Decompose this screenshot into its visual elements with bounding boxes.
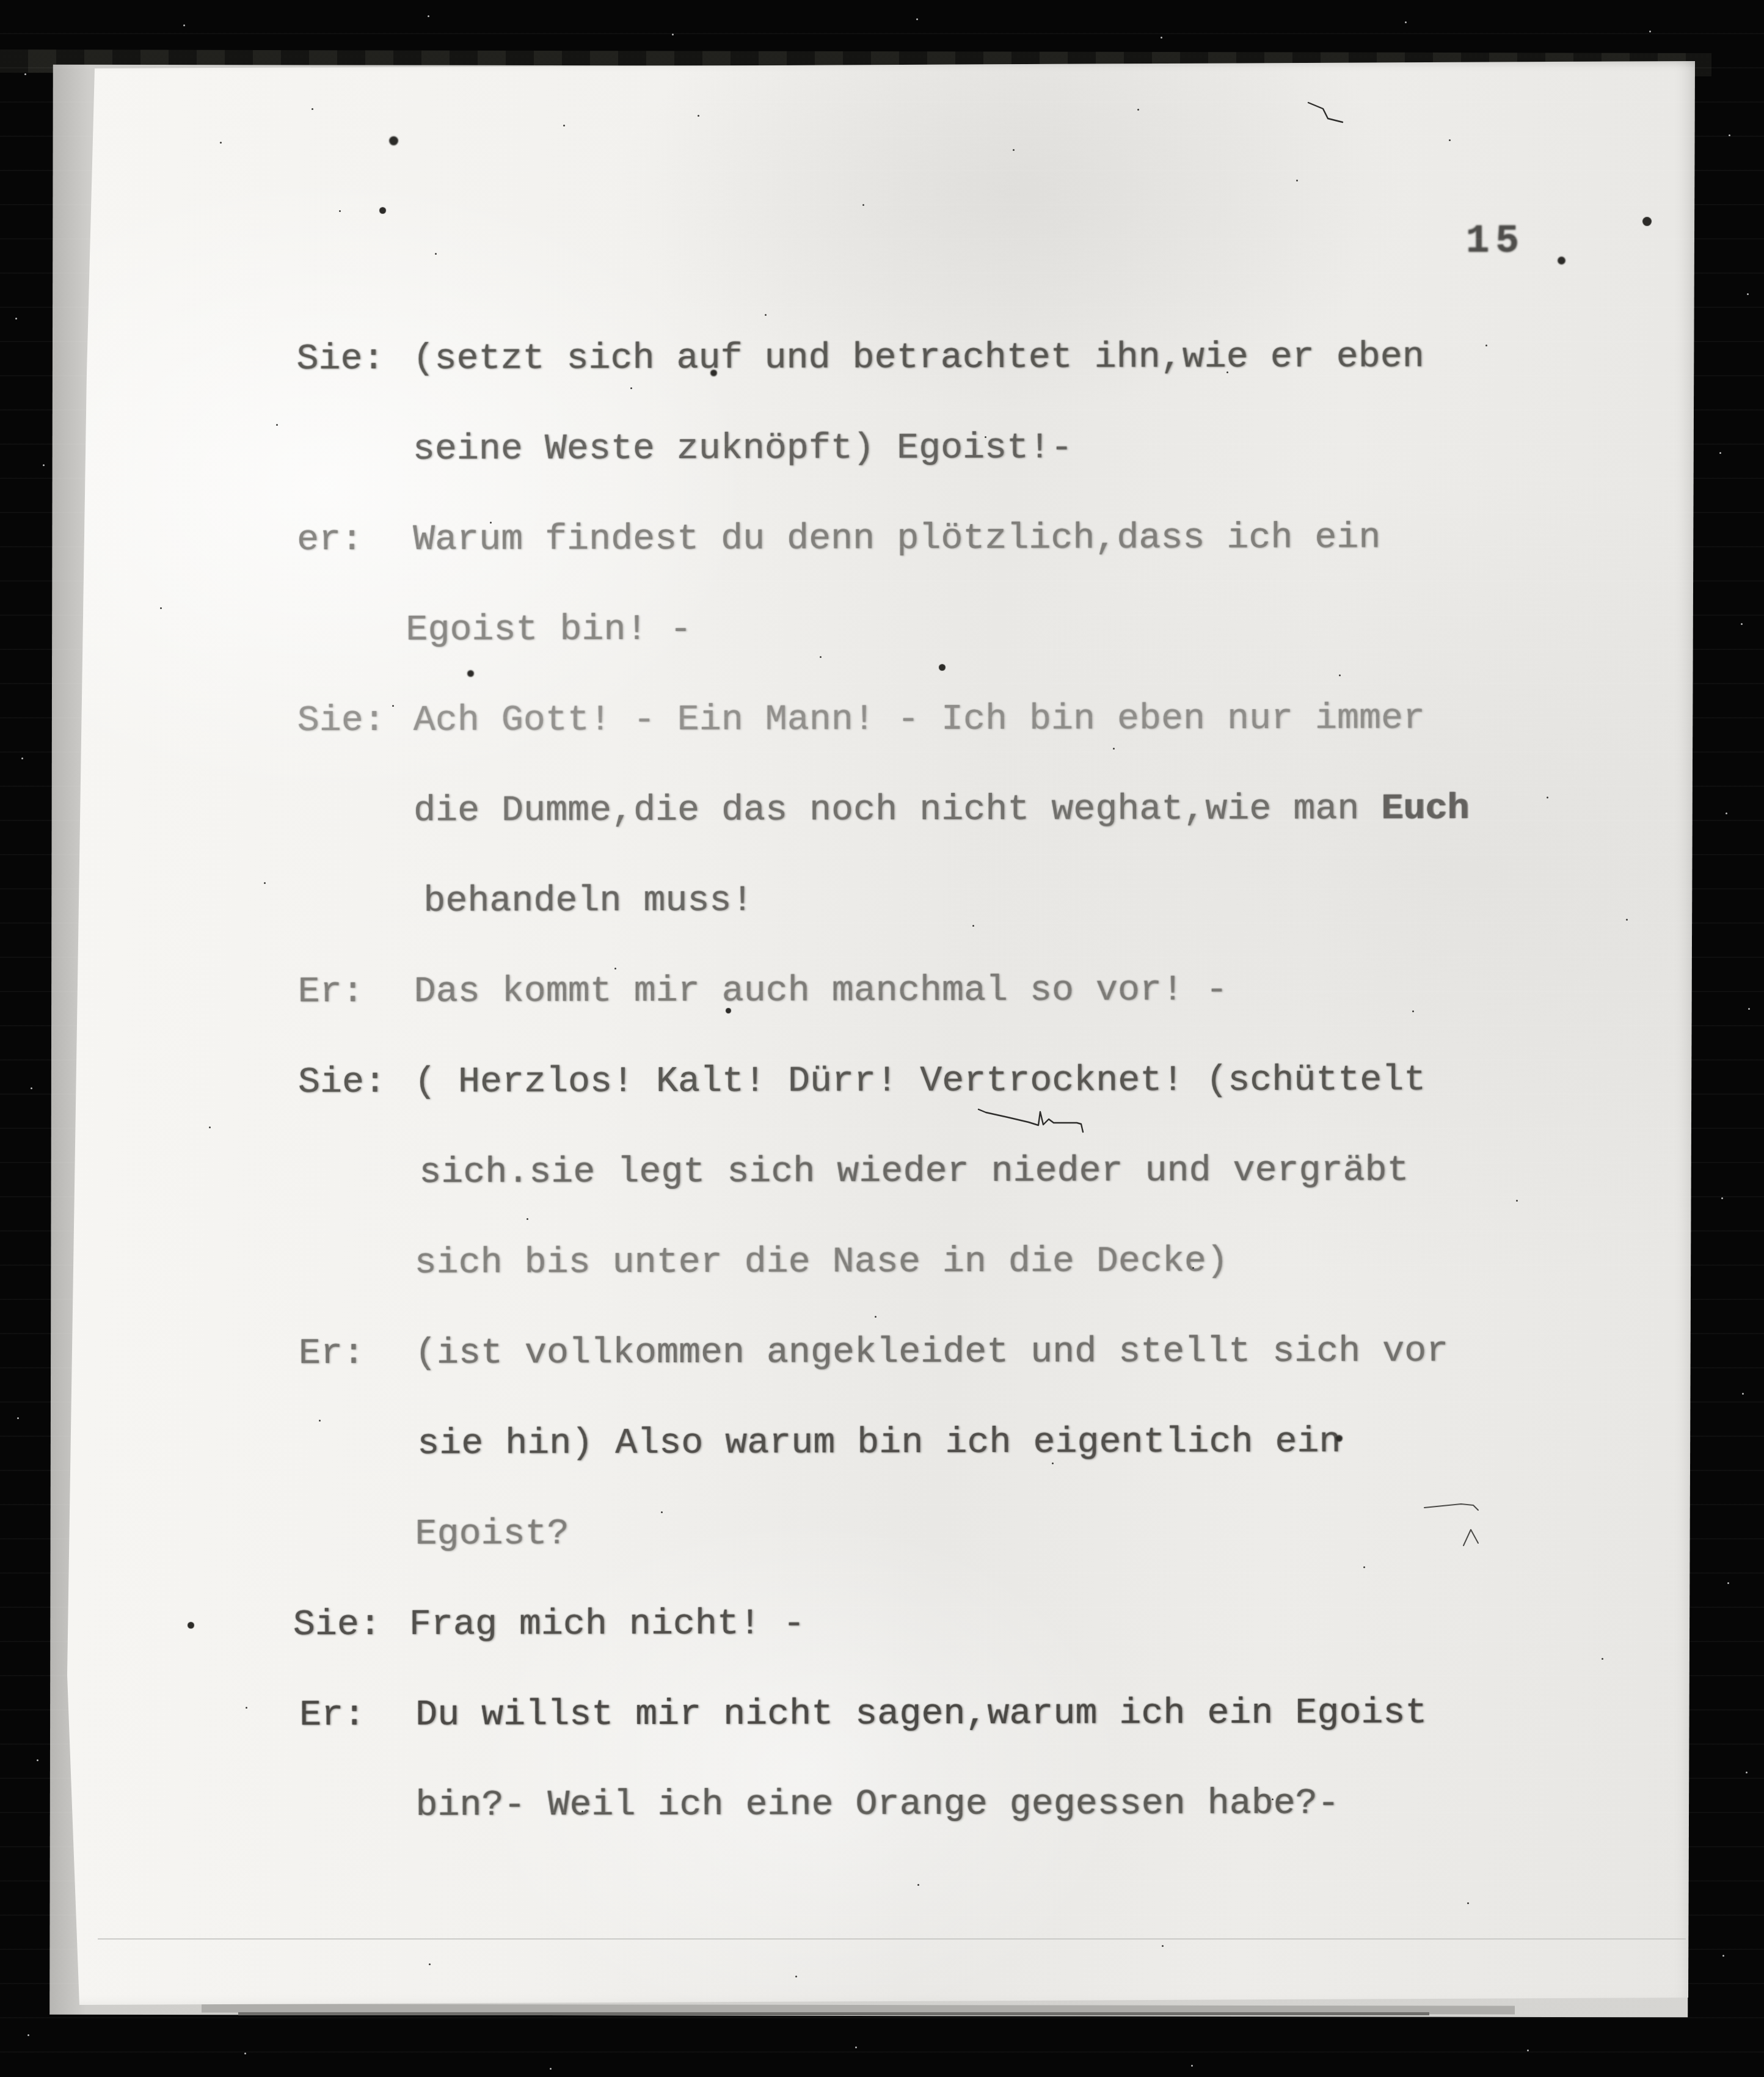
script-line: die Dumme,die das noch nicht weghat,wie … <box>297 764 1629 857</box>
line-text: sich.sie legt sich wieder nieder und ver… <box>419 1125 1409 1217</box>
speaker-label: Er: <box>299 1670 415 1761</box>
background-specks <box>0 0 2 2</box>
speaker-label <box>299 1761 415 1851</box>
line-text: (setzt sich auf und betrachtet ihn,wie e… <box>412 312 1424 404</box>
script-line: sie hin) Also warum bin ich eigentlich e… <box>301 1396 1633 1490</box>
speaker-label <box>299 1489 415 1580</box>
speaker-label <box>290 585 406 676</box>
script-line: Sie:Ach Gott! - Ein Mann! - Ich bin eben… <box>297 673 1629 767</box>
speaker-label <box>303 1128 419 1218</box>
line-text: sie hin) Also warum bin ich eigentlich e… <box>417 1397 1341 1489</box>
speaker-label: Sie: <box>297 676 414 766</box>
line-text: Frag mich nicht! - <box>409 1579 805 1670</box>
pen-dash-mark <box>1423 1498 1484 1516</box>
line-text: seine Weste zuknöpft) Egoist!- <box>413 403 1073 495</box>
scanned-document-page: 15 Sie:(setzt sich auf und betrachtet ih… <box>0 0 1764 2077</box>
script-line: er:Warum findest du denn plötzlich,dass … <box>297 492 1628 586</box>
paper-sheet: 15 Sie:(setzt sich auf und betrachtet ih… <box>61 56 1699 2006</box>
line-text: Du willst mir nicht sagen,warum ich ein … <box>415 1668 1427 1760</box>
page-stack-bottom-shadow <box>238 2012 1429 2015</box>
script-line: Sie:Frag mich nicht! - <box>293 1577 1625 1671</box>
script-line: seine Weste zuknöpft) Egoist!- <box>297 402 1628 495</box>
line-text: Das kommt mir auch manchmal so vor! - <box>414 945 1228 1037</box>
speaker-label: Er: <box>298 947 414 1037</box>
line-text: Egoist bin! - <box>406 585 691 676</box>
pen-check-mark <box>1306 98 1373 128</box>
line-text: sich bis unter die Nase in die Decke) <box>414 1216 1228 1309</box>
line-text: bin?- Weil ich eine Orange gegessen habe… <box>415 1759 1339 1851</box>
pen-caret-mark <box>1461 1527 1485 1549</box>
paper-crease-line <box>98 1938 1686 1940</box>
line-text: behandeln muss! <box>423 856 753 947</box>
line-text: Warum findest du denn plötzlich,dass ich… <box>413 493 1381 585</box>
script-lines: Sie:(setzt sich auf und betrachtet ihn,w… <box>296 312 1631 1852</box>
speaker-label: Sie: <box>293 1580 409 1670</box>
pen-squiggle-mark <box>977 1103 1093 1134</box>
script-line: sich.sie legt sich wieder nieder und ver… <box>303 1125 1635 1219</box>
speaker-label: Sie: <box>298 1037 414 1128</box>
script-line: bin?- Weil ich eine Orange gegessen habe… <box>299 1758 1631 1852</box>
script-line: Er:(ist vollkommen angekleidet und stell… <box>299 1306 1630 1400</box>
script-line: Er:Das kommt mir auch manchmal so vor! - <box>298 944 1630 1038</box>
line-text: Egoist? <box>415 1489 569 1580</box>
speaker-label <box>297 404 413 495</box>
speaker-label <box>307 856 423 947</box>
line-text: ( Herzlos! Kalt! Dürr! Vertrocknet! (sch… <box>414 1035 1426 1127</box>
speaker-label: Sie: <box>296 314 412 404</box>
speaker-label <box>301 1399 417 1489</box>
line-text: Ach Gott! - Ein Mann! - Ich bin eben nur… <box>414 673 1426 765</box>
script-line: Sie:( Herzlos! Kalt! Dürr! Vertrocknet! … <box>298 1035 1630 1128</box>
script-line: Er:Du willst mir nicht sagen,warum ich e… <box>299 1668 1631 1761</box>
script-line: Egoist bin! - <box>290 583 1621 676</box>
script-line: sich bis unter die Nase in die Decke) <box>298 1216 1630 1309</box>
line-text-emphasis: Euch <box>1381 764 1469 854</box>
speaker-label: Er: <box>299 1309 415 1399</box>
speaker-label <box>298 1218 414 1309</box>
speaker-label: er: <box>297 495 413 585</box>
speaker-label <box>297 766 414 856</box>
script-line: Sie:(setzt sich auf und betrachtet ihn,w… <box>296 312 1628 405</box>
line-text: die Dumme,die das noch nicht weghat,wie … <box>414 764 1382 856</box>
script-line: behandeln muss! <box>307 854 1639 947</box>
line-text: (ist vollkommen angekleidet und stellt s… <box>415 1306 1449 1399</box>
page-number: 15 <box>1466 220 1525 264</box>
